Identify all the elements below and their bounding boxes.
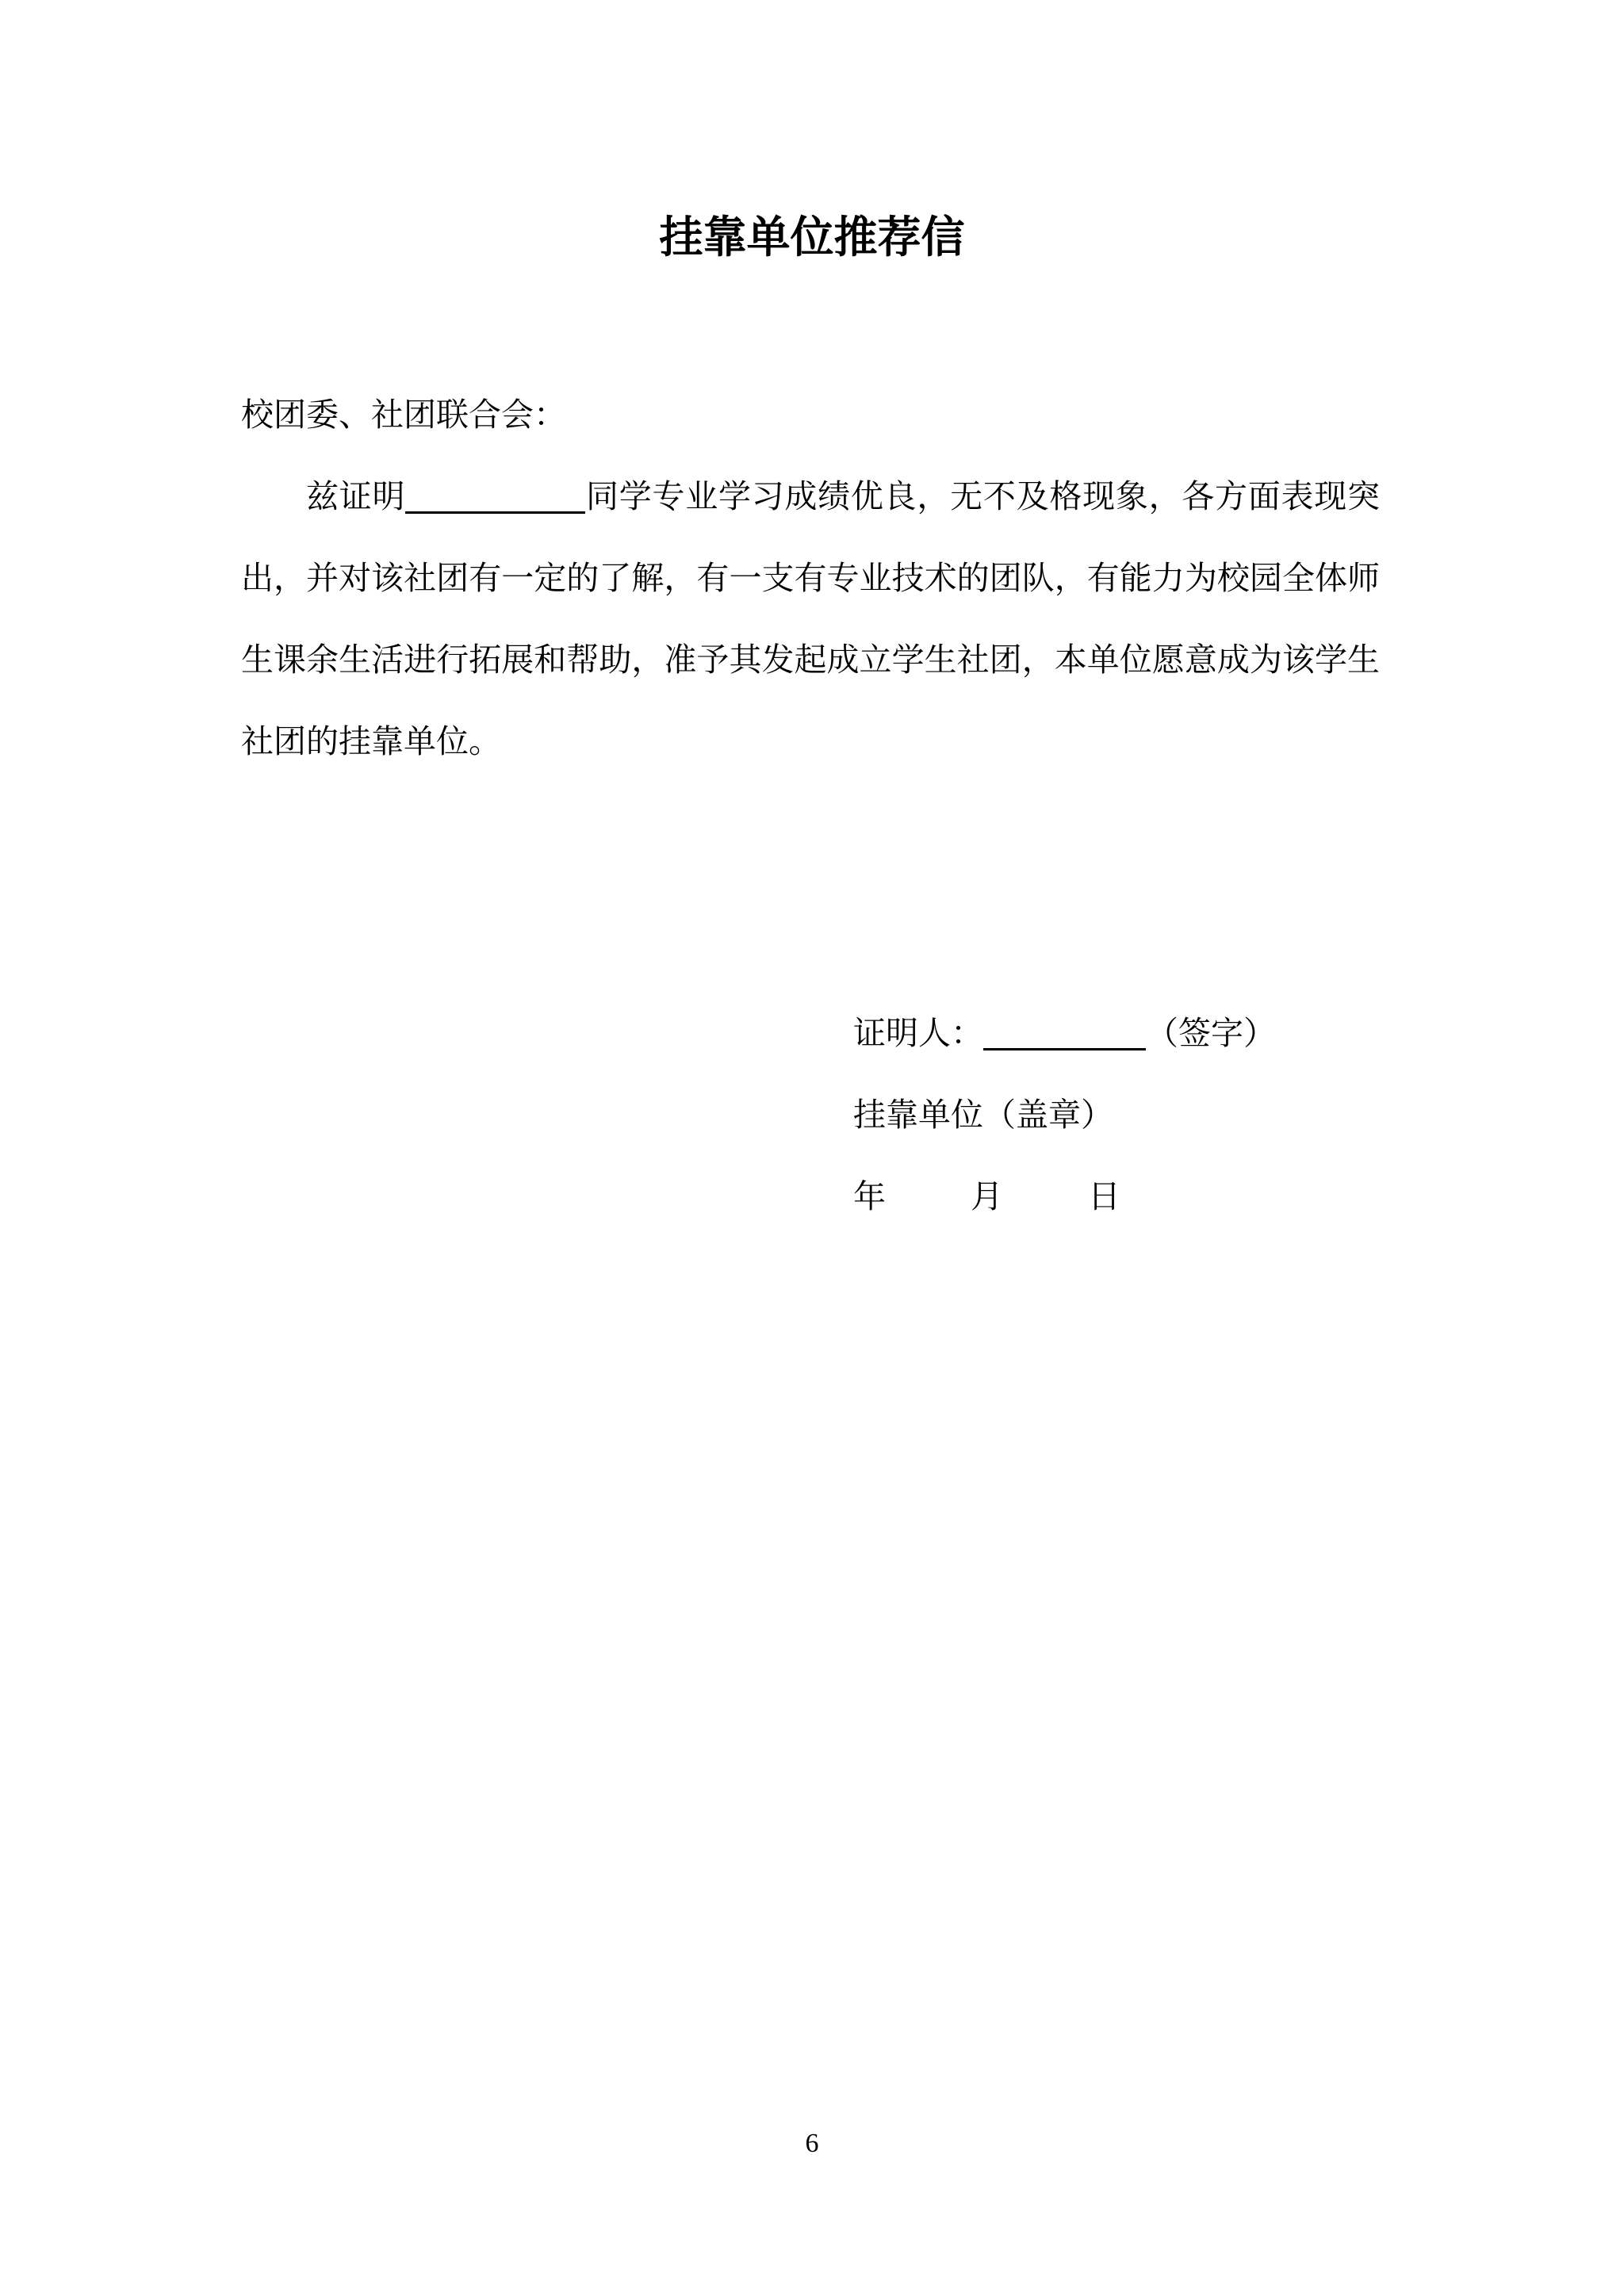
signature-block: 证明人：（签字） 挂靠单位（盖章） 年月日: [853, 993, 1276, 1238]
date-day-label: 日: [1088, 1178, 1120, 1215]
page-number: 6: [0, 2129, 1624, 2158]
salutation-line: 校团委、社团联合会：: [241, 374, 1380, 456]
signature-suffix-label: （签字）: [1146, 1015, 1276, 1051]
document-title: 挂靠单位推荐信: [0, 216, 1624, 259]
paragraph-text-after-blank: 同学专业学习成绩优良，无不及格现象，各方面表现突出，并对该社团有一定的了解，有一…: [241, 478, 1380, 760]
certifier-line: 证明人：（签字）: [853, 993, 1276, 1074]
date-month-label: 月: [971, 1178, 1003, 1215]
certifier-signature-blank-line: [983, 1048, 1146, 1050]
document-page: 挂靠单位推荐信 校团委、社团联合会： 兹证明同学专业学习成绩优良，无不及格现象，…: [0, 0, 1624, 2296]
date-line: 年月日: [853, 1156, 1276, 1238]
paragraph-text-before-blank: 兹证明: [306, 478, 405, 515]
student-name-blank-line: [405, 511, 585, 514]
letter-paragraph: 兹证明同学专业学习成绩优良，无不及格现象，各方面表现突出，并对该社团有一定的了解…: [241, 456, 1380, 783]
unit-seal-line: 挂靠单位（盖章）: [853, 1074, 1276, 1156]
certifier-label: 证明人：: [853, 1015, 983, 1051]
letter-body: 校团委、社团联合会： 兹证明同学专业学习成绩优良，无不及格现象，各方面表现突出，…: [241, 374, 1380, 783]
date-year-label: 年: [853, 1178, 886, 1215]
